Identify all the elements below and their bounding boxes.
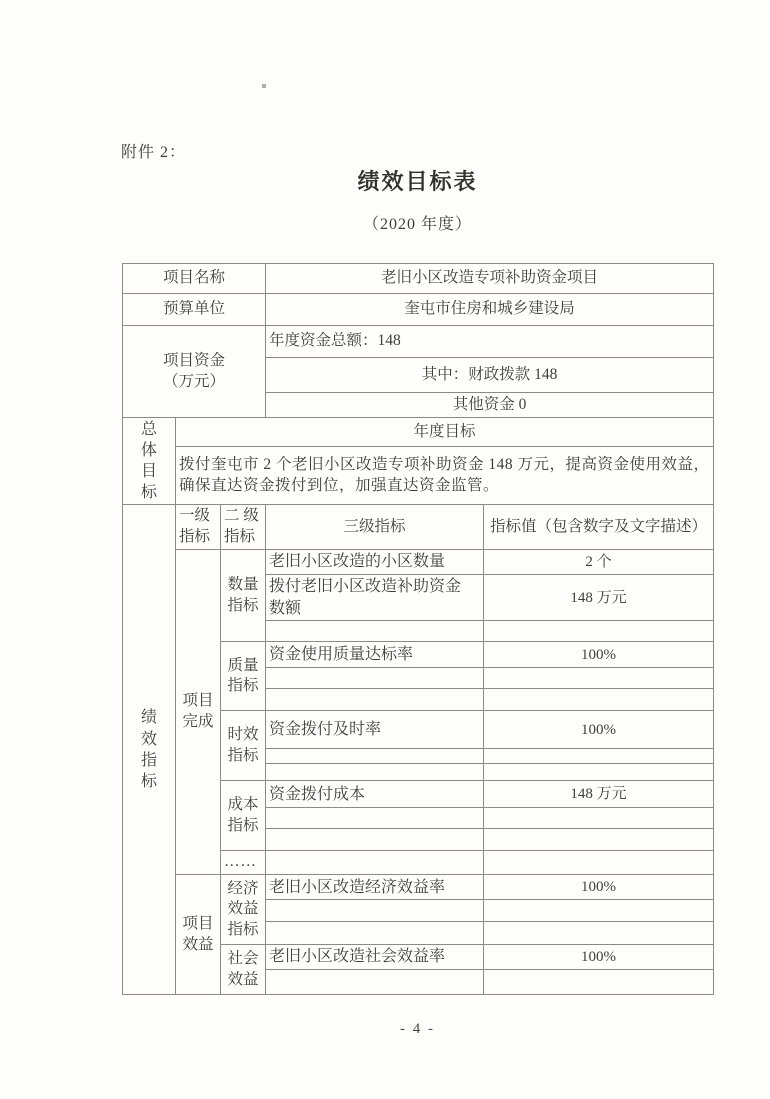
row-project-name: 项目名称 老旧小区改造专项补助资金项目 (123, 264, 714, 294)
empty-cell (266, 900, 484, 922)
empty-cell (484, 749, 714, 764)
group-project-completion-cell: 项目完成 (176, 550, 221, 875)
page-number: - 4 - (122, 1021, 713, 1038)
funds-total-cell: 年度资金总额：148 (266, 326, 714, 358)
empty-cell (484, 621, 714, 642)
project-name-value-cell: 老旧小区改造专项补助资金项目 (266, 264, 714, 294)
performance-target-table: 项目名称 老旧小区改造专项补助资金项目 预算单位 奎屯市住房和城乡建设局 项目资… (122, 263, 714, 995)
annual-goal-text-cell: 拨付奎屯市 2 个老旧小区改造专项补助资金 148 万元，提高资金使用效益，确保… (176, 447, 714, 505)
header-level1-cell: 一级指标 (176, 505, 221, 550)
page-title: 绩效目标表 (122, 165, 713, 196)
project-name-label-cell: 项目名称 (123, 264, 266, 294)
indicator-name-cell: 资金使用质量达标率 (266, 642, 484, 668)
indicator-value-cell: 148 万元 (484, 781, 714, 808)
indicator-name-cell: 老旧小区改造社会效益率 (266, 945, 484, 970)
performance-indicators-vertical-label: 绩效指标 (141, 707, 158, 791)
subgroup-quantity-cell: 数量指标 (221, 550, 266, 642)
header-level3-cell: 三级指标 (266, 505, 484, 550)
empty-cell (266, 829, 484, 851)
group-project-benefit-cell: 项目效益 (176, 875, 221, 995)
empty-cell (266, 749, 484, 764)
empty-cell (484, 922, 714, 945)
header-level2-cell: 二 级指标 (221, 505, 266, 550)
header-value-cell: 指标值（包含数字及文字描述） (484, 505, 714, 550)
subgroup-timeliness-cell: 时效指标 (221, 711, 266, 781)
indicator-value-cell: 100% (484, 642, 714, 668)
row-annual-goal-text: 拨付奎屯市 2 个老旧小区改造专项补助资金 148 万元，提高资金使用效益，确保… (123, 447, 714, 505)
funds-other-cell: 其他资金 0 (266, 393, 714, 418)
empty-cell (266, 764, 484, 781)
empty-cell (484, 851, 714, 875)
budget-unit-value-cell: 奎屯市住房和城乡建设局 (266, 294, 714, 326)
empty-cell (484, 764, 714, 781)
scan-dot-artifact (262, 84, 266, 88)
row-budget-unit: 预算单位 奎屯市住房和城乡建设局 (123, 294, 714, 326)
performance-indicators-label-cell: 绩效指标 (123, 505, 176, 995)
empty-cell (484, 829, 714, 851)
empty-cell (266, 668, 484, 689)
indicator-value-cell: 2 个 (484, 550, 714, 575)
annual-goal-header-cell: 年度目标 (176, 418, 714, 447)
indicator-value-cell: 100% (484, 945, 714, 970)
empty-cell (484, 969, 714, 994)
indicator-value-cell: 100% (484, 875, 714, 900)
empty-cell (266, 851, 484, 875)
row-indicator: 项目完成 数量指标 老旧小区改造的小区数量 2 个 (123, 550, 714, 575)
overall-goal-vertical-label: 总体目标 (141, 419, 158, 503)
indicator-value-cell: 100% (484, 711, 714, 749)
subgroup-social-benefit-cell: 社会效益 (221, 945, 266, 995)
scanned-document-page: 附件 2： 绩效目标表 （2020 年度） 项目名称 老旧小区改造专项补助资金项… (0, 0, 770, 1099)
overall-goal-label-cell: 总体目标 (123, 418, 176, 505)
subgroup-economic-benefit-cell: 经济效益指标 (221, 875, 266, 945)
indicator-value-cell: 148 万元 (484, 575, 714, 621)
empty-cell (484, 668, 714, 689)
empty-cell (484, 689, 714, 711)
row-funds-total: 项目资金 （万元） 年度资金总额：148 (123, 326, 714, 358)
indicator-name-cell: 拨付老旧小区改造补助资金 数额 (266, 575, 484, 621)
empty-cell (266, 621, 484, 642)
indicator-name-cell: 老旧小区改造的小区数量 (266, 550, 484, 575)
indicator-name-cell: 资金拨付及时率 (266, 711, 484, 749)
subgroup-ellipsis-cell: …… (221, 851, 266, 875)
empty-cell (266, 969, 484, 994)
indicator-name-cell: 老旧小区改造经济效益率 (266, 875, 484, 900)
empty-cell (266, 808, 484, 829)
project-funds-label-cell: 项目资金 （万元） (123, 326, 266, 418)
row-annual-goal-header: 总体目标 年度目标 (123, 418, 714, 447)
budget-unit-label-cell: 预算单位 (123, 294, 266, 326)
row-indicator: 项目效益 经济效益指标 老旧小区改造经济效益率 100% (123, 875, 714, 900)
funds-fiscal-cell: 其中：财政拨款 148 (266, 358, 714, 393)
page-subtitle: （2020 年度） (122, 211, 713, 234)
row-indicator-header: 绩效指标 一级指标 二 级指标 三级指标 指标值（包含数字及文字描述） (123, 505, 714, 550)
empty-cell (484, 900, 714, 922)
empty-cell (484, 808, 714, 829)
indicator-name-cell: 资金拨付成本 (266, 781, 484, 808)
subgroup-quality-cell: 质量指标 (221, 642, 266, 711)
empty-cell (266, 689, 484, 711)
attachment-label: 附件 2： (121, 139, 186, 162)
empty-cell (266, 922, 484, 945)
subgroup-cost-cell: 成本指标 (221, 781, 266, 851)
